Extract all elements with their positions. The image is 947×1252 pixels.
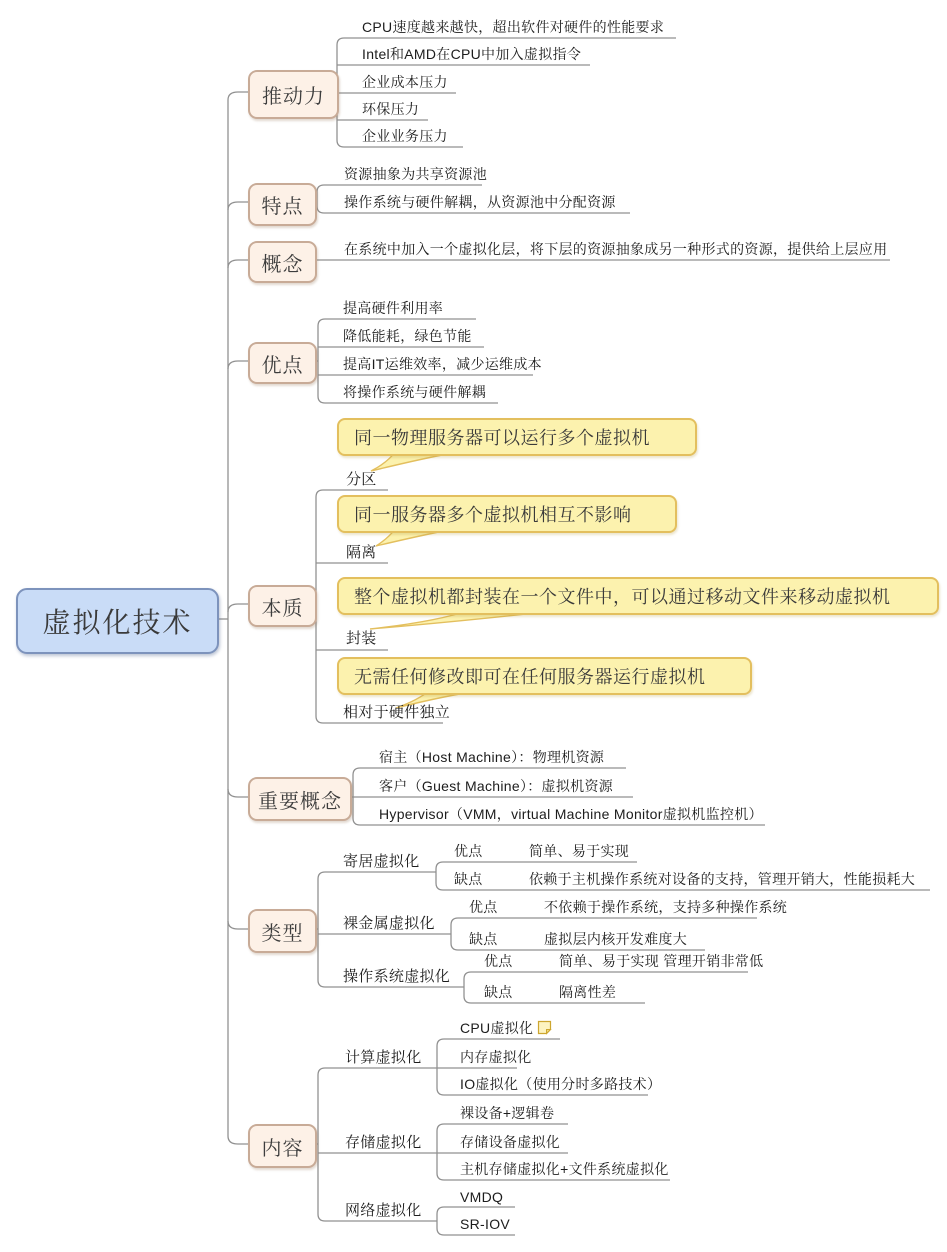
leaf-topic[interactable]: SR-IOV — [460, 1215, 510, 1234]
subtopic-network-virtualization[interactable]: 网络虚拟化 — [345, 1201, 422, 1220]
pros-text[interactable]: 简单、易于实现 管理开销非常低 — [559, 952, 763, 971]
note-icon[interactable] — [537, 1020, 552, 1035]
callout-partition[interactable]: 同一物理服务器可以运行多个虚拟机 — [337, 418, 697, 456]
cons-text[interactable]: 隔离性差 — [559, 983, 616, 1002]
leaf-topic[interactable]: 将操作系统与硬件解耦 — [343, 383, 486, 402]
branch-topic-concept[interactable]: 概念 — [248, 241, 317, 283]
pros-label[interactable]: 优点 — [469, 898, 498, 917]
branch-topic-types[interactable]: 类型 — [248, 909, 317, 953]
leaf-topic[interactable]: CPU虚拟化 — [460, 1019, 533, 1038]
cons-text[interactable]: 依赖于主机操作系统对设备的支持，管理开销大，性能损耗大 — [529, 870, 915, 889]
leaf-topic[interactable]: IO虚拟化（使用分时多路技术） — [460, 1075, 661, 1094]
leaf-topic[interactable]: 客户（Guest Machine）：虚拟机资源 — [379, 777, 613, 796]
leaf-topic[interactable]: 操作系统与硬件解耦，从资源池中分配资源 — [344, 193, 616, 212]
leaf-topic[interactable]: 封装 — [346, 629, 377, 648]
leaf-topic[interactable]: VMDQ — [460, 1188, 503, 1207]
subtopic-hosted-virtualization[interactable]: 寄居虚拟化 — [343, 852, 420, 871]
leaf-topic[interactable]: 分区 — [346, 470, 377, 489]
leaf-topic[interactable]: 在系统中加入一个虚拟化层，将下层的资源抽象成另一种形式的资源，提供给上层应用 — [344, 240, 887, 259]
leaf-topic[interactable]: 提高IT运维效率，减少运维成本 — [343, 355, 542, 374]
subtopic-compute-virtualization[interactable]: 计算虚拟化 — [345, 1048, 422, 1067]
cons-text[interactable]: 虚拟层内核开发难度大 — [544, 930, 687, 949]
pros-label[interactable]: 优点 — [484, 952, 513, 971]
pros-text[interactable]: 简单、易于实现 — [529, 842, 629, 861]
branch-topic-driving-force[interactable]: 推动力 — [248, 70, 339, 119]
leaf-topic[interactable]: 企业成本压力 — [362, 73, 448, 92]
leaf-topic[interactable]: 资源抽象为共享资源池 — [344, 165, 487, 184]
branch-topic-features[interactable]: 特点 — [248, 183, 317, 226]
leaf-topic[interactable]: 隔离 — [346, 543, 377, 562]
leaf-topic[interactable]: 相对于硬件独立 — [343, 703, 450, 722]
leaf-topic[interactable]: 内存虚拟化 — [460, 1048, 532, 1067]
leaf-topic[interactable]: CPU速度越来越快，超出软件对硬件的性能要求 — [362, 18, 664, 37]
leaf-topic[interactable]: Hypervisor（VMM，virtual Machine Monitor虚拟… — [379, 805, 763, 824]
callout-hardware-independence[interactable]: 无需任何修改即可在任何服务器运行虚拟机 — [337, 657, 752, 695]
leaf-topic[interactable]: 环保压力 — [362, 100, 419, 119]
leaf-topic[interactable]: 提高硬件利用率 — [343, 299, 443, 318]
callout-encapsulation[interactable]: 整个虚拟机都封装在一个文件中，可以通过移动文件来移动虚拟机 — [337, 577, 939, 615]
leaf-topic[interactable]: 降低能耗，绿色节能 — [343, 327, 472, 346]
cons-label[interactable]: 缺点 — [469, 930, 498, 949]
leaf-topic[interactable]: 主机存储虚拟化+文件系统虚拟化 — [460, 1160, 669, 1179]
leaf-topic[interactable]: 企业业务压力 — [362, 127, 448, 146]
branch-topic-essence[interactable]: 本质 — [248, 585, 317, 627]
leaf-topic[interactable]: 宿主（Host Machine）：物理机资源 — [379, 748, 604, 767]
pros-text[interactable]: 不依赖于操作系统，支持多种操作系统 — [544, 898, 787, 917]
subtopic-baremetal-virtualization[interactable]: 裸金属虚拟化 — [343, 914, 435, 933]
branch-topic-key-concepts[interactable]: 重要概念 — [248, 777, 352, 821]
cons-label[interactable]: 缺点 — [454, 870, 483, 889]
leaf-topic[interactable]: Intel和AMD在CPU中加入虚拟指令 — [362, 45, 581, 64]
leaf-topic[interactable]: 存储设备虚拟化 — [460, 1133, 560, 1152]
cons-label[interactable]: 缺点 — [484, 983, 513, 1002]
pros-label[interactable]: 优点 — [454, 842, 483, 861]
leaf-topic[interactable]: 裸设备+逻辑卷 — [460, 1104, 554, 1123]
mindmap-canvas: 虚拟化技术 推动力 特点 概念 优点 本质 重要概念 类型 内容 CPU速度越来… — [0, 0, 947, 1252]
subtopic-storage-virtualization[interactable]: 存储虚拟化 — [345, 1133, 422, 1152]
root-topic[interactable]: 虚拟化技术 — [16, 588, 219, 654]
subtopic-os-virtualization[interactable]: 操作系统虚拟化 — [343, 967, 450, 986]
branch-topic-content[interactable]: 内容 — [248, 1124, 317, 1168]
callout-isolation[interactable]: 同一服务器多个虚拟机相互不影响 — [337, 495, 677, 533]
branch-topic-advantages[interactable]: 优点 — [248, 342, 317, 384]
